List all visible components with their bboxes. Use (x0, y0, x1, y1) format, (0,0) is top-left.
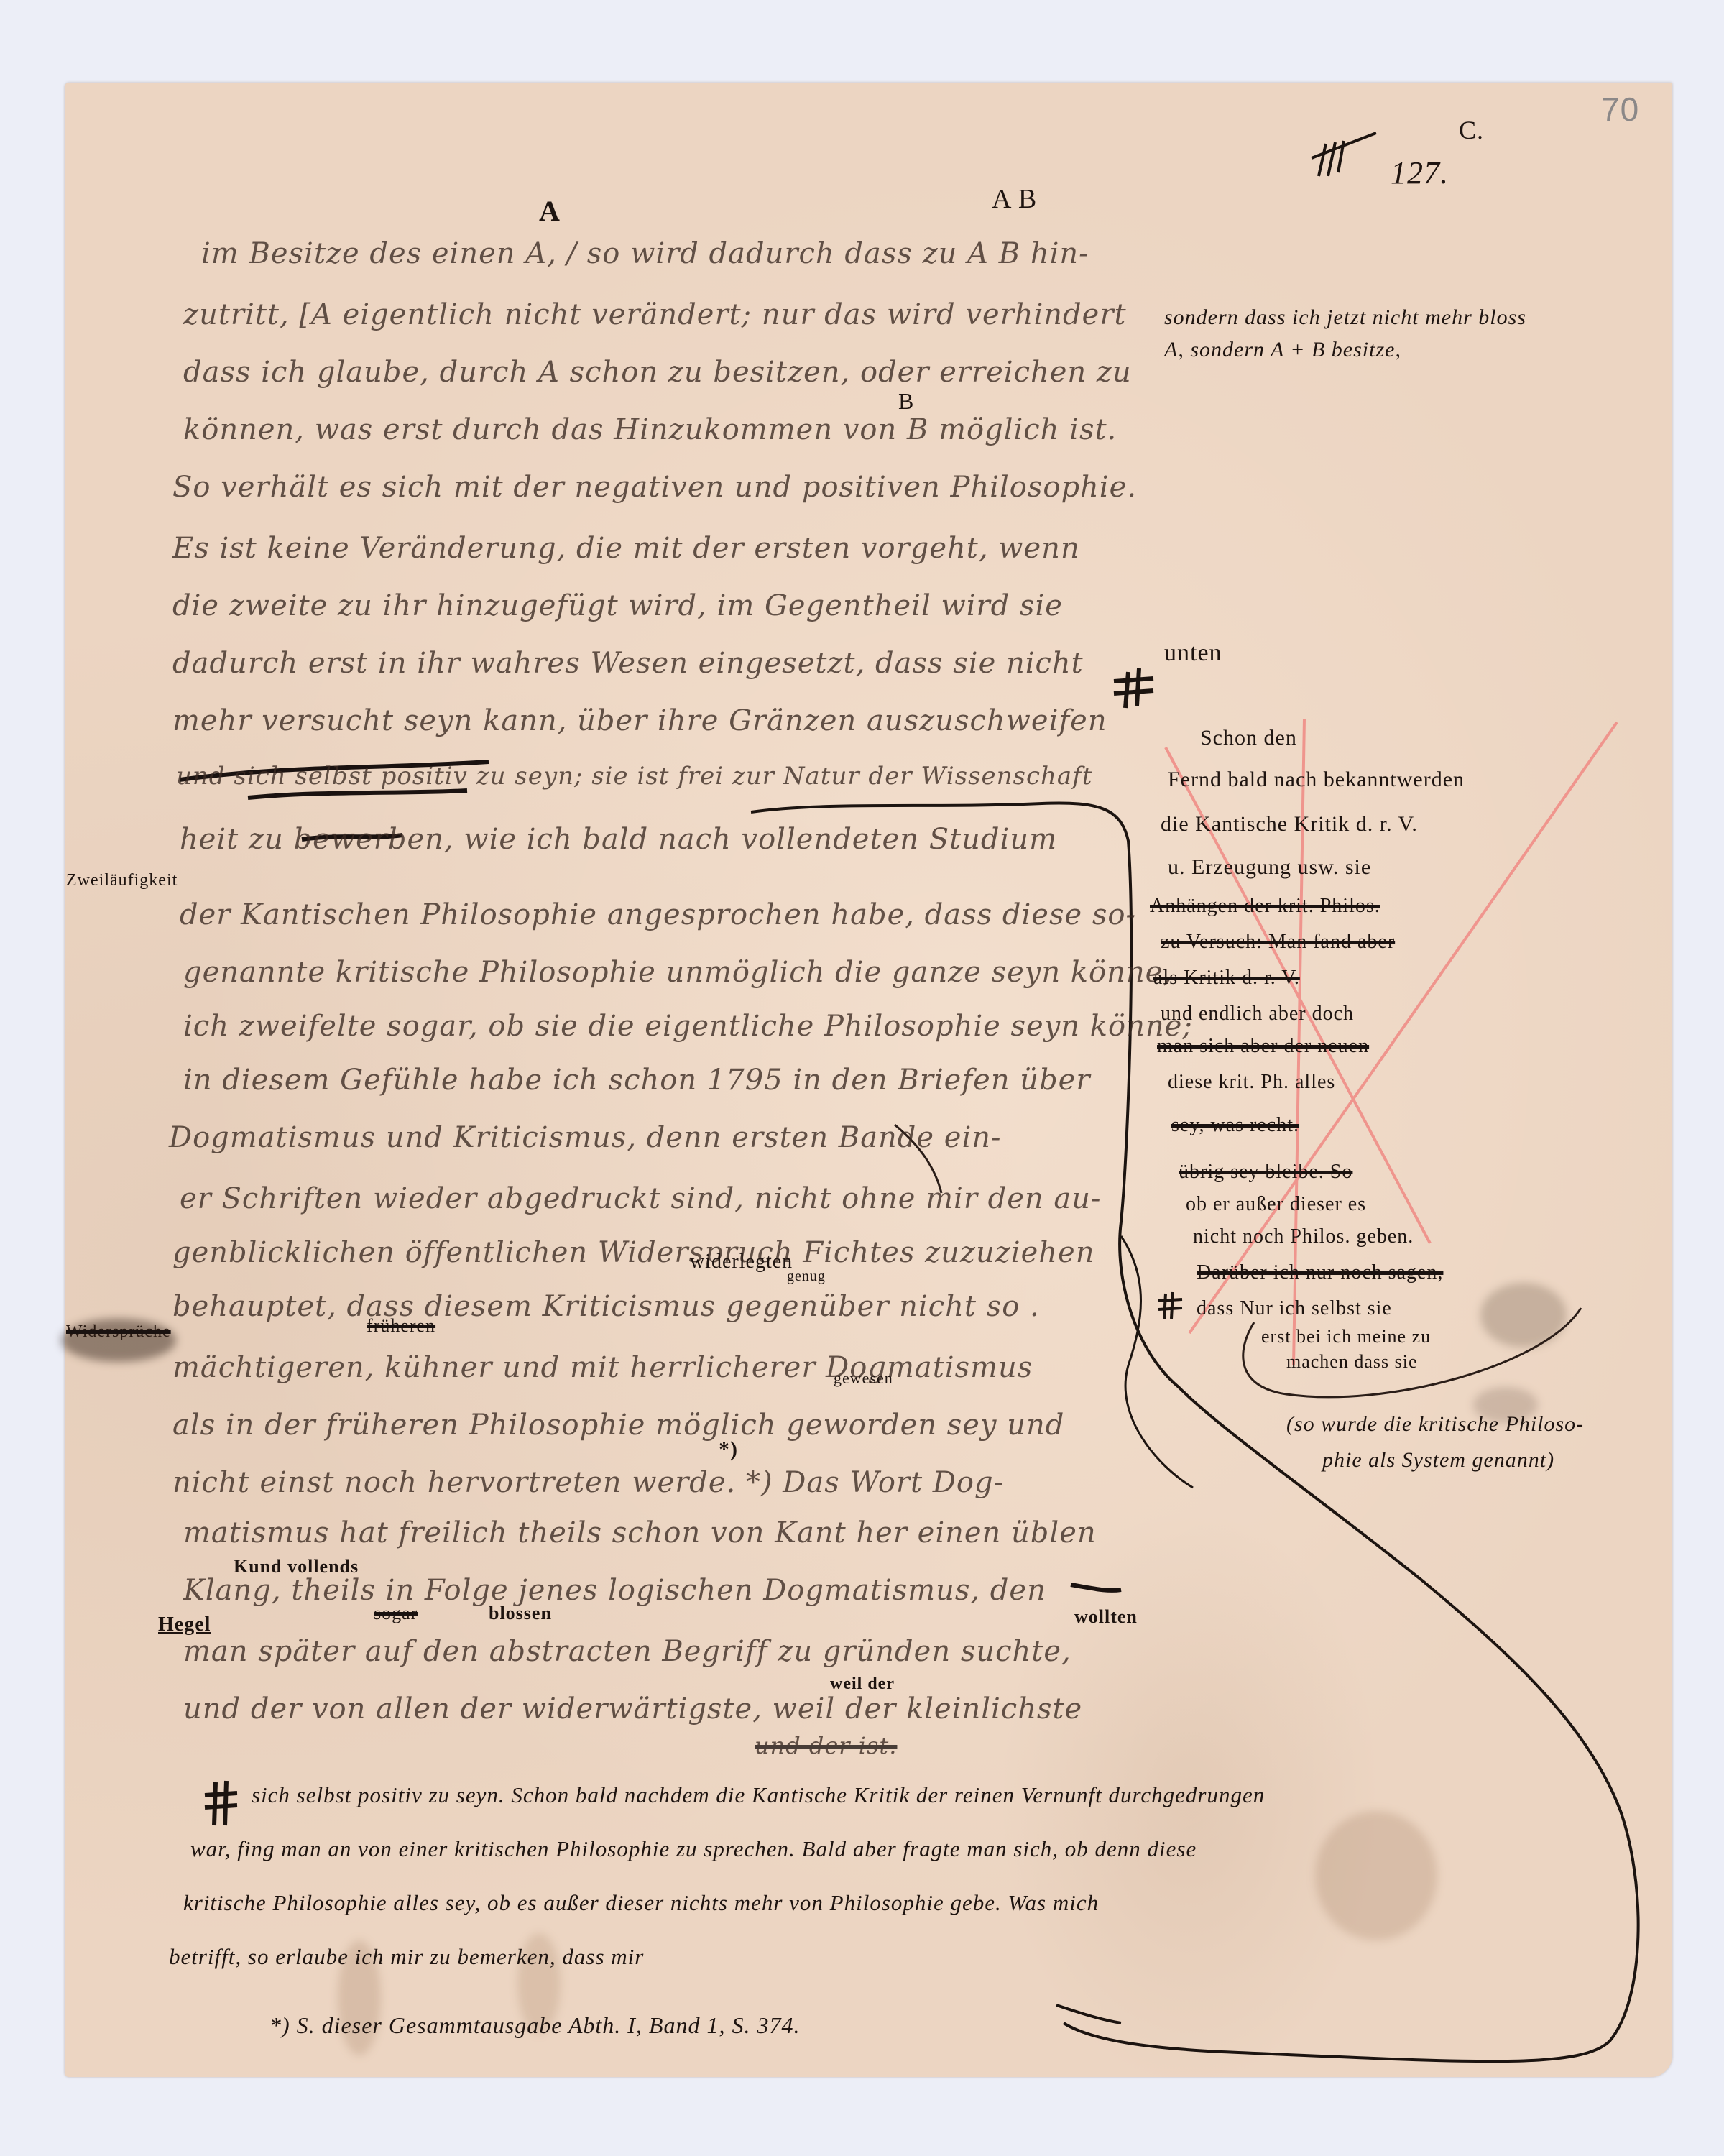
struck-line: Anhängen der krit. Philos. (1150, 895, 1380, 918)
insertion: gewesen (834, 1369, 893, 1388)
note-line: phie als System genannt) (1322, 1448, 1554, 1473)
struck-line: und endlich aber doch (1161, 1003, 1354, 1026)
struck-line: die Kantische Kritik d. r. V. (1161, 812, 1418, 837)
crossed-numeral (1312, 133, 1376, 176)
footnote-ref: *) (719, 1437, 738, 1462)
text-line: zutritt, [A eigentlich nicht verändert; … (183, 298, 1127, 331)
struck-line: u. Erzeugung usw. sie (1168, 855, 1371, 880)
text-line: man später auf den abstracten Begriff zu… (183, 1635, 1071, 1668)
struck-line: erst bei ich meine zu (1261, 1326, 1431, 1347)
text-line: Klang, theils in Folge jenes logischen D… (183, 1574, 1046, 1607)
insertion: B (898, 388, 914, 415)
insertion: Hegel (158, 1613, 211, 1636)
struck-line: übrig sey bleibe. So (1179, 1161, 1352, 1184)
struck-line: dass Nur ich selbst sie (1197, 1297, 1392, 1320)
text-line: genannte kritische Philosophie unmöglich… (183, 956, 1173, 989)
hash-marker-icon (1114, 668, 1153, 708)
text-line: er Schriften wieder abgedruckt sind, nic… (180, 1182, 1102, 1215)
note-line: A, sondern A + B besitze, (1164, 338, 1401, 362)
text-line-struck: und der ist. (755, 1732, 897, 1759)
text-line: dass ich glaube, durch A schon zu besitz… (183, 356, 1132, 389)
struck-line: Schon den (1200, 726, 1297, 750)
text-line: matismus hat freilich theils schon von K… (183, 1516, 1097, 1549)
insertion: Kund vollends (234, 1556, 359, 1577)
insertion: A (539, 194, 561, 228)
text-line-struck: und sich selbst positiv zu seyn; sie ist… (176, 762, 1092, 791)
page-number: 127. (1391, 155, 1449, 191)
text-line: mächtigeren, kühner und mit herrlicherer… (172, 1351, 1033, 1384)
margin-note-smudged: Widersprüche (66, 1322, 171, 1342)
text-line: als in der früheren Philosophie möglich … (172, 1409, 1064, 1442)
insertion: wollten (1074, 1606, 1138, 1628)
note-line: (so wurde die kritische Philoso- (1286, 1412, 1584, 1437)
marker-label: unten (1164, 640, 1222, 667)
insertion: sogar (374, 1603, 418, 1624)
text-line: ich zweifelte sogar, ob sie die eigentli… (183, 1010, 1193, 1043)
reference-footnote: *) S. dieser Gesammtausgabe Abth. I, Ban… (269, 2012, 800, 2039)
footnote-line: kritische Philosophie alles sey, ob es a… (183, 1890, 1099, 1916)
text-line: So verhält es sich mit der negativen und… (172, 471, 1137, 504)
text-line: dadurch erst in ihr wahres Wesen eingese… (172, 647, 1084, 680)
insertion: blossen (489, 1603, 552, 1624)
struck-line: als Kritik d. r. V. (1153, 967, 1300, 990)
text-line: können, was erst durch das Hinzukommen v… (183, 413, 1117, 446)
margin-note: Zweiläufigkeit (66, 871, 178, 890)
text-line: behauptet, dass diesem Kriticismus gegen… (172, 1290, 1040, 1323)
footnote-line: betrifft, so erlaube ich mir zu bemerken… (169, 1944, 644, 1970)
note-line: sondern dass ich jetzt nicht mehr bloss (1164, 305, 1526, 330)
struck-line: nicht noch Philos. geben. (1193, 1225, 1414, 1248)
text-line: Es ist keine Veränderung, die mit der er… (172, 532, 1080, 565)
insertion: früheren (367, 1315, 435, 1337)
text-line: und der von allen der widerwärtigste, we… (183, 1692, 1082, 1726)
letter-mark: C. (1459, 115, 1484, 145)
struck-line: ob er außer dieser es (1186, 1193, 1366, 1216)
hash-marker-icon (205, 1781, 237, 1825)
footnote-line: sich selbst positiv zu seyn. Schon bald … (252, 1782, 1265, 1808)
text-line: im Besitze des einen A, / so wird dadurc… (201, 237, 1089, 270)
text-line: Dogmatismus und Kriticismus, denn ersten… (169, 1121, 1002, 1154)
struck-line: Darüber ich nur noch sagen, (1197, 1261, 1443, 1284)
struck-line: sey, was recht. (1171, 1114, 1299, 1137)
struck-line: diese krit. Ph. alles (1168, 1071, 1335, 1094)
struck-line: machen dass sie (1286, 1351, 1418, 1373)
footnote-line: war, fing man an von einer kritischen Ph… (190, 1836, 1197, 1862)
struck-line: zu Versuch: Man fand aber (1161, 931, 1395, 954)
insertion-bracketed: widerlegten (690, 1250, 793, 1273)
insertion: weil der (830, 1674, 895, 1694)
struck-line: man sich aber der neuen (1157, 1035, 1369, 1058)
text-line: in diesem Gefühle habe ich schon 1795 in… (183, 1064, 1090, 1097)
text-line: der Kantischen Philosophie angesprochen … (180, 898, 1136, 931)
text-line: heit zu bewerben, wie ich bald nach voll… (180, 823, 1057, 856)
hash-marker-icon (1158, 1292, 1182, 1319)
text-line: genblicklichen öffentlichen Widerspruch … (172, 1236, 1094, 1269)
insertion: A B (992, 183, 1037, 215)
struck-line: Fernd bald nach bekanntwerden (1168, 768, 1465, 792)
text-line: nicht einst noch hervortreten werde. *) … (172, 1466, 1004, 1499)
text-line: mehr versucht seyn kann, über ihre Gränz… (172, 704, 1107, 737)
text-line: die zweite zu ihr hinzugefügt wird, im G… (172, 589, 1063, 622)
folio-number: 70 (1601, 90, 1639, 129)
